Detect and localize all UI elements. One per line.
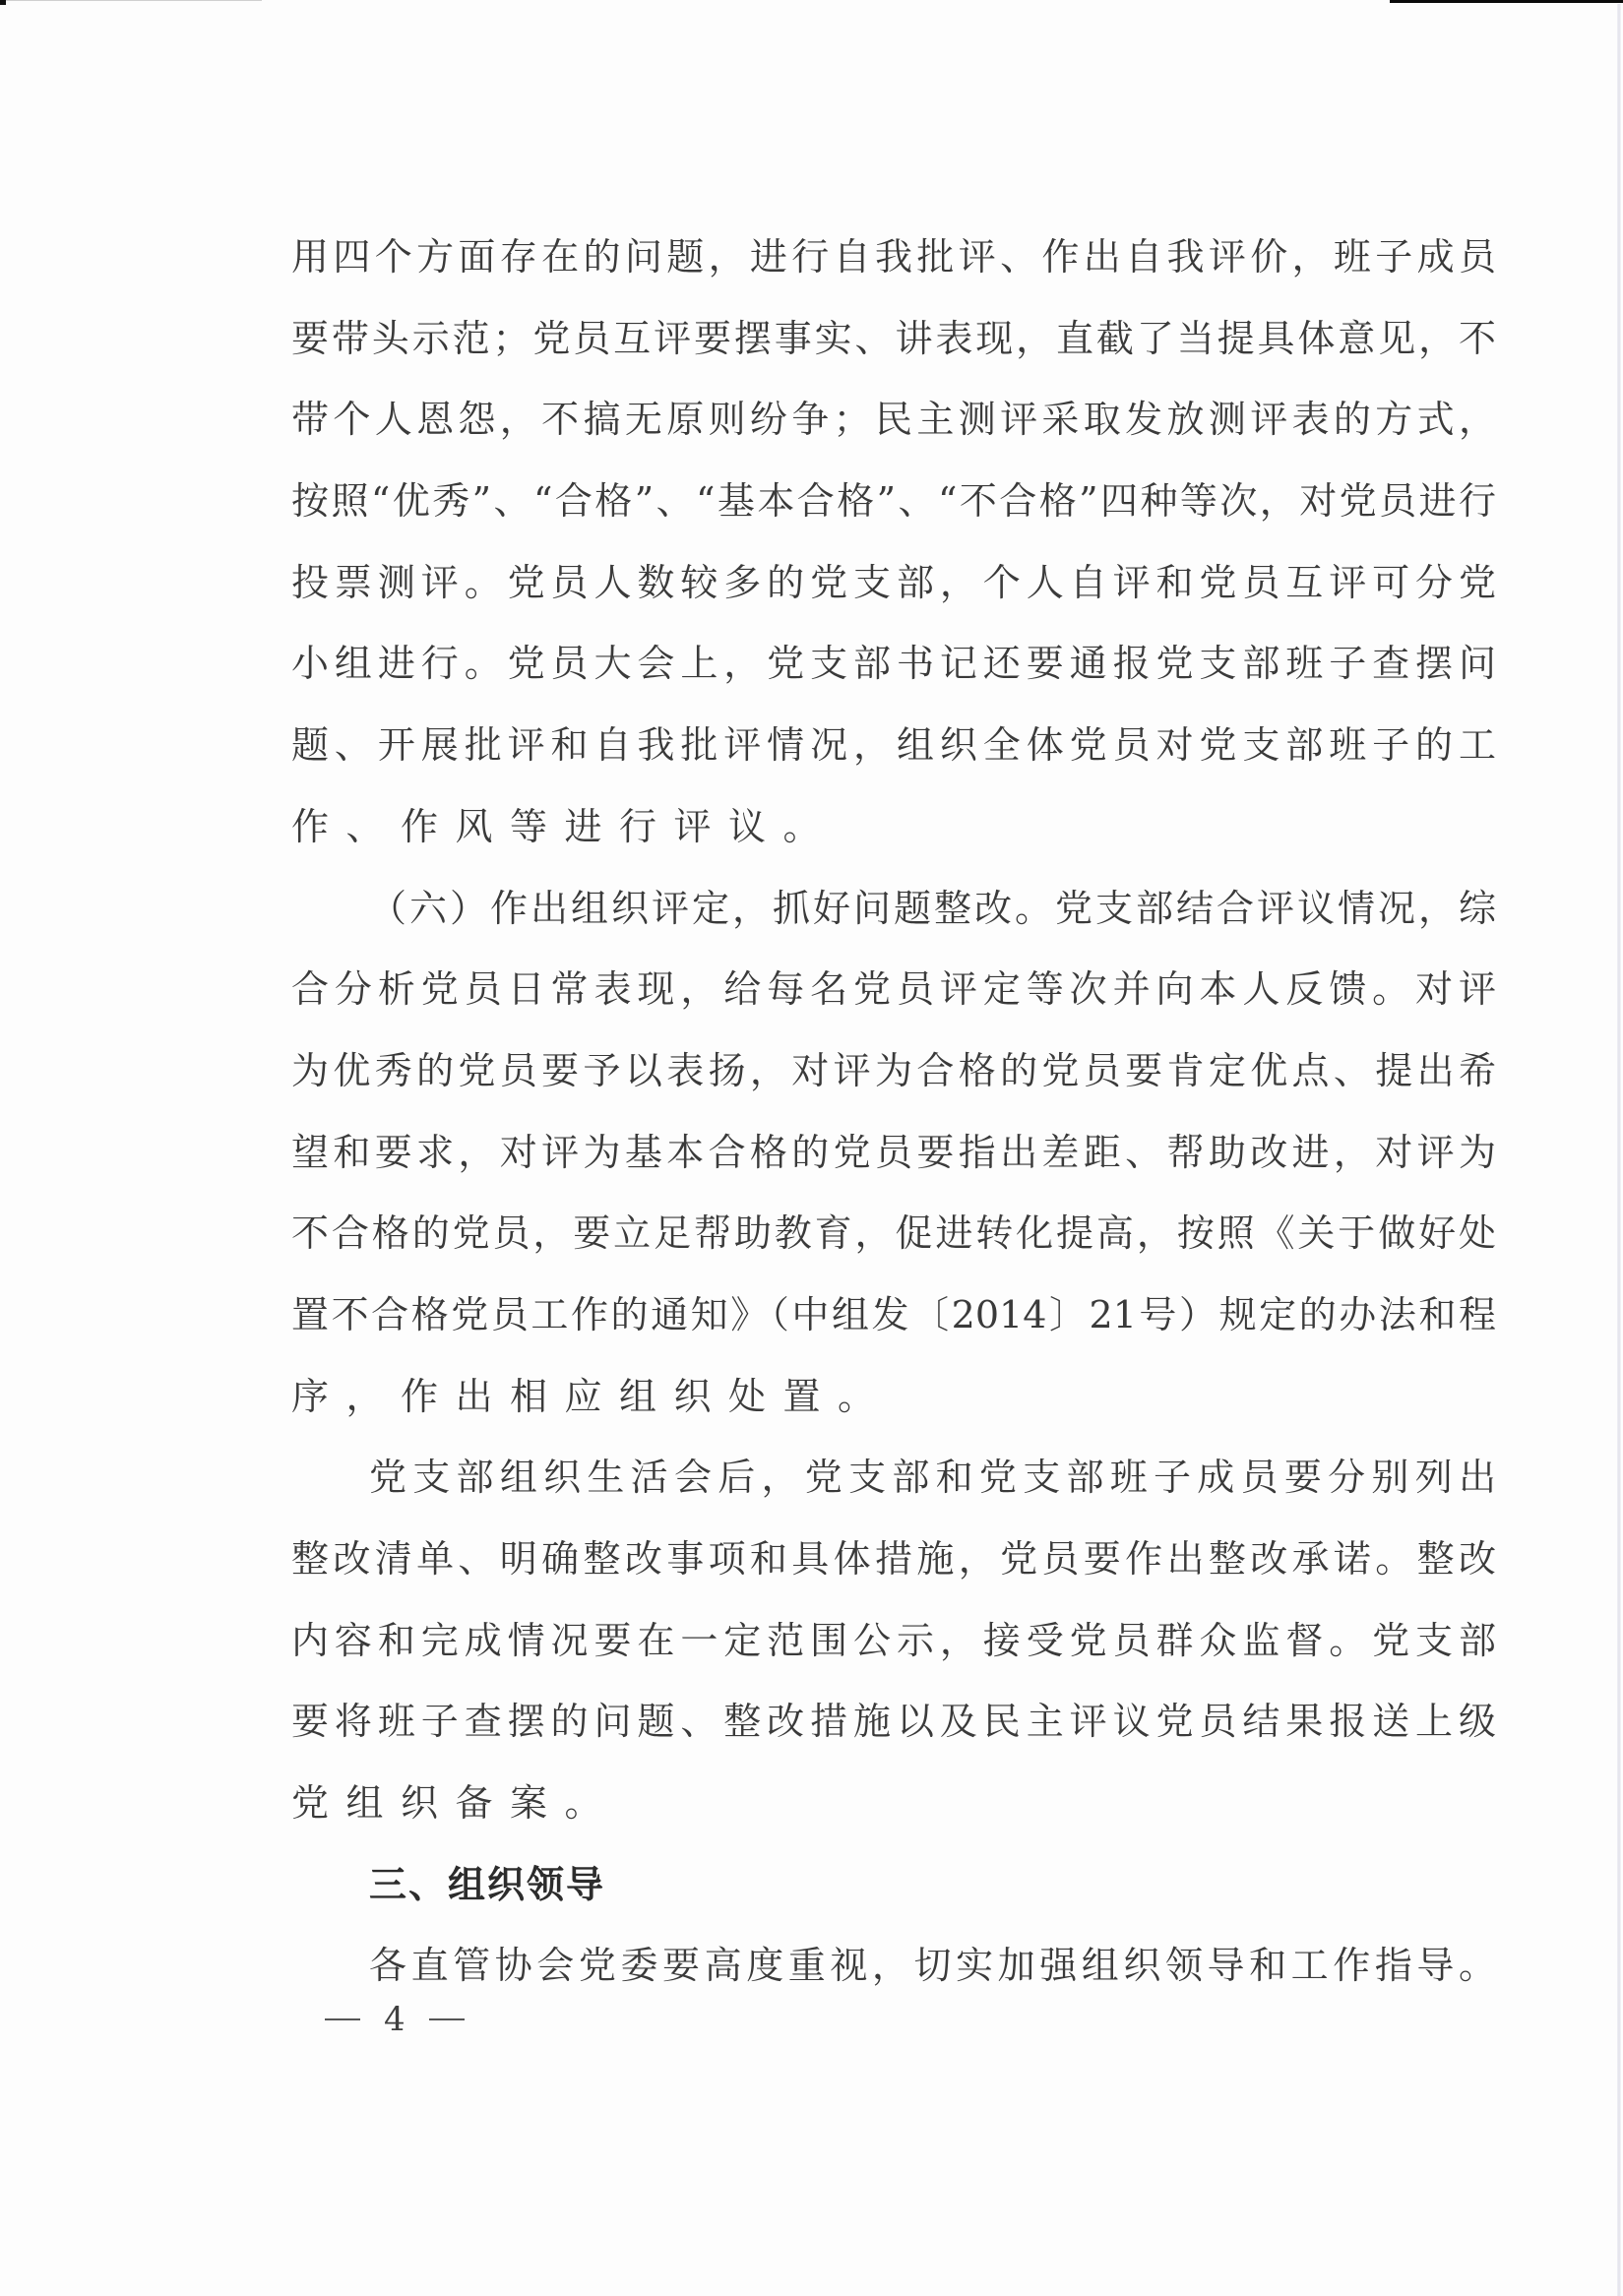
text-line: 作、作风等进行评议。 (291, 786, 1496, 868)
section-heading: 三、组织领导 (291, 1844, 1496, 1926)
paragraph-evaluation-methods: 用四个方面存在的问题，进行自我批评、作出自我评价，班子成员 要带头示范；党员互评… (291, 217, 1496, 868)
text-line: 带个人恩怨，不搞无原则纷争；民主测评采取发放测评表的方式， (291, 379, 1496, 461)
text-line: 置不合格党员工作的通知》（中组发〔2014〕21号）规定的办法和程 (291, 1274, 1496, 1356)
text-line: 为优秀的党员要予以表扬，对评为合格的党员要肯定优点、提出希 (291, 1030, 1496, 1112)
text-line: 要带头示范；党员互评要摆事实、讲表现，直截了当提具体意见，不 (291, 298, 1496, 380)
text-line: 各直管协会党委要高度重视，切实加强组织领导和工作指导。 (291, 1925, 1496, 2007)
text-line: 党支部组织生活会后，党支部和党支部班子成员要分别列出 (291, 1437, 1496, 1519)
scan-artifact-right-edge (1617, 4, 1621, 2296)
text-line: 用四个方面存在的问题，进行自我批评、作出自我评价，班子成员 (291, 217, 1496, 298)
paragraph-organizational-assessment: （六）作出组织评定，抓好问题整改。党支部结合评议情况，综 合分析党员日常表现，给… (291, 868, 1496, 1438)
text-line: 党组织备案。 (291, 1763, 1496, 1844)
text-line: 要将班子查摆的问题、整改措施以及民主评议党员结果报送上级 (291, 1681, 1496, 1763)
text-line: 望和要求，对评为基本合格的党员要指出差距、帮助改进，对评为 (291, 1112, 1496, 1194)
page-number-dash-left (325, 2018, 360, 2020)
text-line: 序，作出相应组织处置。 (291, 1356, 1496, 1438)
page-number: 4 (325, 2000, 465, 2039)
page-number-value: 4 (384, 2000, 406, 2039)
text-line: 投票测评。党员人数较多的党支部，个人自评和党员互评可分党 (291, 542, 1496, 624)
scan-artifact-top-edge (1390, 0, 1623, 3)
document-body: 用四个方面存在的问题，进行自我批评、作出自我评价，班子成员 要带头示范；党员互评… (291, 217, 1496, 2007)
scan-artifact-top-faint (6, 0, 262, 1)
text-line: 小组进行。党员大会上，党支部书记还要通报党支部班子查摆问 (291, 623, 1496, 705)
text-line: 整改清单、明确整改事项和具体措施，党员要作出整改承诺。整改 (291, 1519, 1496, 1600)
text-line: 合分析党员日常表现，给每名党员评定等次并向本人反馈。对评 (291, 949, 1496, 1030)
paragraph-leadership: 各直管协会党委要高度重视，切实加强组织领导和工作指导。 (291, 1925, 1496, 2007)
text-line: 不合格的党员，要立足帮助教育，促进转化提高，按照《关于做好处 (291, 1193, 1496, 1274)
text-line: 按照“优秀”、“合格”、“基本合格”、“不合格”四种等次，对党员进行 (291, 461, 1496, 542)
text-line: 内容和完成情况要在一定范围公示，接受党员群众监督。党支部 (291, 1600, 1496, 1682)
page-number-dash-right (429, 2018, 465, 2020)
text-line: （六）作出组织评定，抓好问题整改。党支部结合评议情况，综 (291, 868, 1496, 950)
text-line: 题、开展批评和自我批评情况，组织全体党员对党支部班子的工 (291, 705, 1496, 786)
paragraph-rectification: 党支部组织生活会后，党支部和党支部班子成员要分别列出 整改清单、明确整改事项和具… (291, 1437, 1496, 1843)
